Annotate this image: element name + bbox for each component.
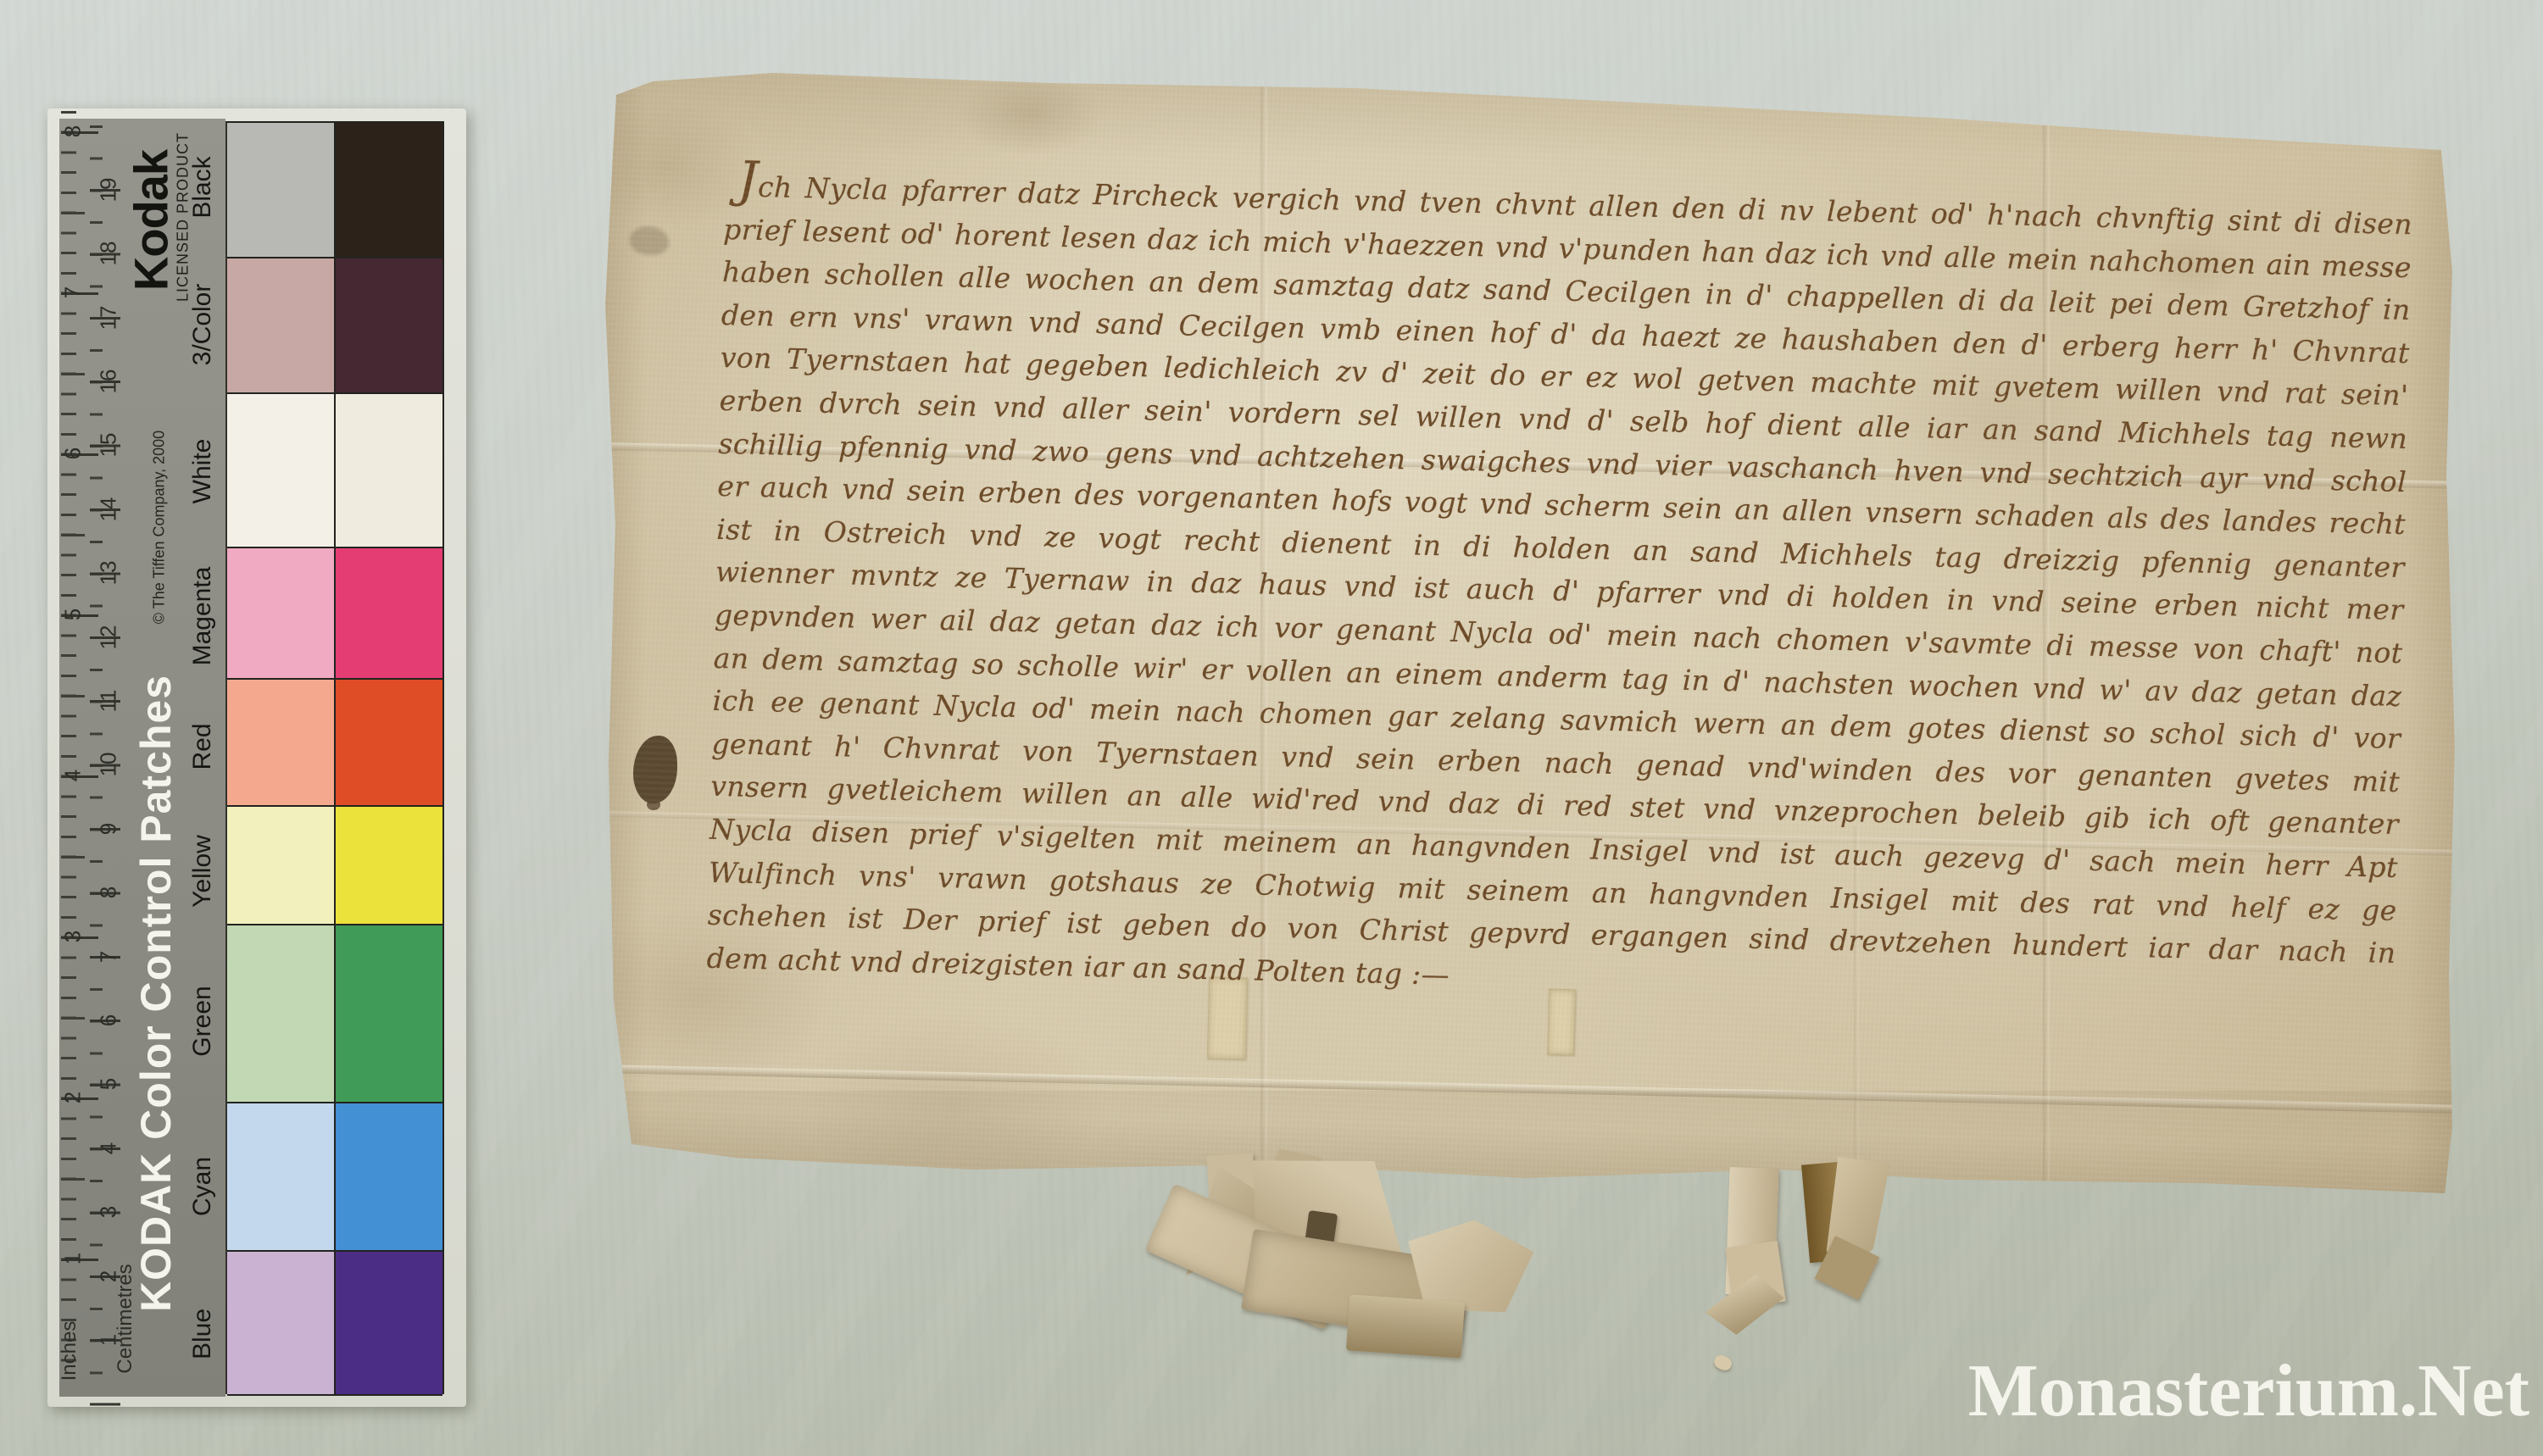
cm-number: 11 bbox=[96, 690, 122, 713]
cm-number: 18 bbox=[96, 242, 122, 266]
patch-label: Red bbox=[188, 723, 217, 770]
margin-smudge bbox=[630, 226, 669, 255]
inch-number: 6 bbox=[60, 447, 86, 459]
cm-number: 16 bbox=[96, 370, 122, 394]
patch-row-red bbox=[227, 680, 442, 807]
patch-solid bbox=[336, 258, 442, 392]
patch-tint bbox=[227, 123, 336, 257]
inch-number: 8 bbox=[60, 125, 86, 137]
inch-number: 7 bbox=[60, 286, 86, 298]
inch-number: 1 bbox=[60, 1253, 86, 1264]
patch-row-black bbox=[227, 123, 442, 258]
archive-photo-stage: 12345678 12345678910111213141516171819 I… bbox=[0, 0, 2543, 1456]
plica-band bbox=[598, 1091, 2462, 1203]
parchment-crumb bbox=[1712, 1353, 1734, 1372]
bottom-edge-shading bbox=[597, 1107, 2462, 1207]
patch-solid bbox=[336, 394, 442, 547]
patch-tint bbox=[227, 258, 336, 392]
patch-solid bbox=[336, 807, 442, 924]
inches-label: Inches bbox=[58, 1321, 81, 1381]
kodak-logo: Kodak bbox=[124, 150, 179, 291]
cm-number: 10 bbox=[96, 753, 122, 777]
patch-label: Magenta bbox=[188, 566, 217, 665]
ink-blot-small bbox=[647, 799, 660, 810]
cm-number: 3 bbox=[96, 1206, 122, 1218]
patch-row-cyan bbox=[227, 1103, 442, 1252]
cm-number: 12 bbox=[96, 625, 122, 649]
patch-solid bbox=[336, 680, 442, 805]
cm-number: 7 bbox=[96, 950, 122, 962]
cm-number: 15 bbox=[96, 433, 122, 458]
patch-solid bbox=[336, 1252, 442, 1394]
patch-row-white bbox=[227, 394, 442, 548]
inch-number: 4 bbox=[60, 770, 86, 781]
ink-blot bbox=[633, 736, 677, 803]
seal-tail-foot bbox=[1346, 1294, 1465, 1358]
patch-label: Yellow bbox=[188, 835, 217, 908]
cm-number: 19 bbox=[96, 177, 122, 202]
charter-handwritten-text: Jch Nycla pfarrer datz Pircheck vergich … bbox=[706, 165, 2412, 1018]
charter-parchment: Jch Nycla pfarrer datz Pircheck vergich … bbox=[598, 64, 2462, 1203]
patch-tint bbox=[227, 807, 336, 924]
cm-number: 6 bbox=[96, 1014, 122, 1026]
cm-number: 14 bbox=[96, 497, 122, 521]
patch-solid bbox=[336, 123, 442, 257]
parchment-right-edge-shading bbox=[2407, 64, 2462, 1203]
cm-number: 13 bbox=[96, 561, 122, 586]
patch-label: Black bbox=[188, 156, 217, 218]
cm-number: 17 bbox=[96, 305, 122, 330]
patch-tint bbox=[227, 925, 336, 1102]
cm-number: 4 bbox=[96, 1142, 122, 1154]
patch-label: Green bbox=[188, 986, 217, 1056]
color-patches-grid bbox=[225, 121, 444, 1394]
patch-solid bbox=[336, 925, 442, 1102]
patch-label: 3/Color bbox=[188, 284, 217, 366]
kodak-product-title: KODAK Color Control Patches bbox=[131, 675, 181, 1312]
patch-row-3-color bbox=[227, 258, 442, 394]
inch-number: 2 bbox=[60, 1092, 86, 1103]
inch-number: 3 bbox=[60, 931, 86, 942]
patch-label: White bbox=[188, 439, 217, 504]
cm-number: 9 bbox=[96, 823, 122, 835]
tiffen-copyright: © The Tiffen Company, 2000 bbox=[151, 431, 169, 624]
patch-tint bbox=[227, 680, 336, 805]
patch-row-blue bbox=[227, 1252, 442, 1396]
plica-fold-line bbox=[598, 1064, 2462, 1114]
patch-row-magenta bbox=[227, 548, 442, 680]
patch-tint bbox=[227, 1252, 336, 1394]
patch-label: Cyan bbox=[188, 1156, 217, 1215]
inch-number: 5 bbox=[60, 609, 86, 620]
patch-solid bbox=[336, 548, 442, 678]
patch-tint bbox=[227, 394, 336, 547]
cm-number: 5 bbox=[96, 1078, 122, 1090]
patch-row-green bbox=[227, 925, 442, 1103]
patch-row-yellow bbox=[227, 807, 442, 925]
patch-tint bbox=[227, 1103, 336, 1250]
kodak-color-control-strip: 12345678 12345678910111213141516171819 I… bbox=[47, 108, 466, 1407]
patch-tint bbox=[227, 548, 336, 678]
cm-number: 8 bbox=[96, 886, 122, 898]
monasterium-watermark: Monasterium.Net bbox=[1968, 1354, 2529, 1429]
patch-label: Blue bbox=[188, 1309, 217, 1359]
parchment-top-shading bbox=[598, 64, 2462, 157]
patch-solid bbox=[336, 1103, 442, 1250]
